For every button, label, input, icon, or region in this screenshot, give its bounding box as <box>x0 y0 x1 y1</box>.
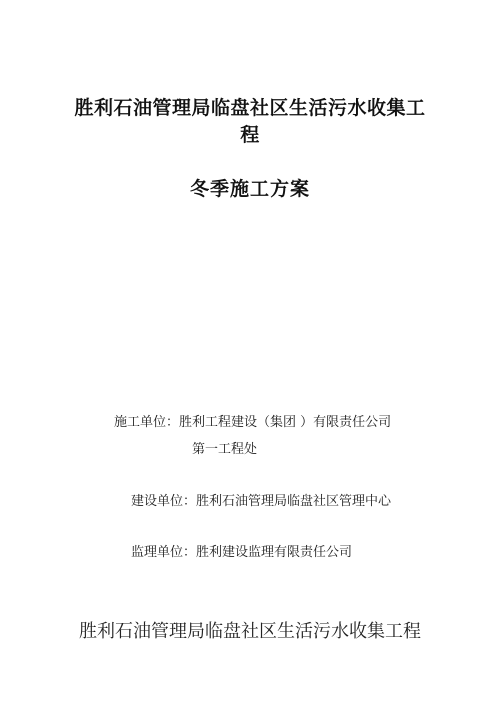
supervision-unit-value: 胜利建设监理有限责任公司 <box>196 545 352 560</box>
document-footer: 胜利石油管理局临盘社区生活污水收集工程 <box>0 617 500 643</box>
document-subtitle: 冬季施工方案 <box>0 174 500 201</box>
owner-unit: 建设单位：胜利石油管理局临盘社区管理中心 <box>131 490 391 509</box>
owner-unit-label: 建设单位： <box>131 494 196 509</box>
construction-unit: 施工单位：胜利工程建设（集团 ）有限责任公司 <box>114 411 391 430</box>
construction-unit-line-2: 第一工程处 <box>192 438 257 457</box>
supervision-unit-label: 监理单位： <box>131 545 196 560</box>
construction-unit-label: 施工单位： <box>114 415 179 430</box>
owner-unit-value: 胜利石油管理局临盘社区管理中心 <box>196 494 391 509</box>
construction-unit-value: 胜利工程建设（集团 ）有限责任公司 <box>179 415 391 430</box>
document-title-line-1: 胜利石油管理局临盘社区生活污水收集工 <box>0 93 500 120</box>
supervision-unit: 监理单位：胜利建设监理有限责任公司 <box>131 541 352 560</box>
document-title-line-2: 程 <box>0 120 500 147</box>
